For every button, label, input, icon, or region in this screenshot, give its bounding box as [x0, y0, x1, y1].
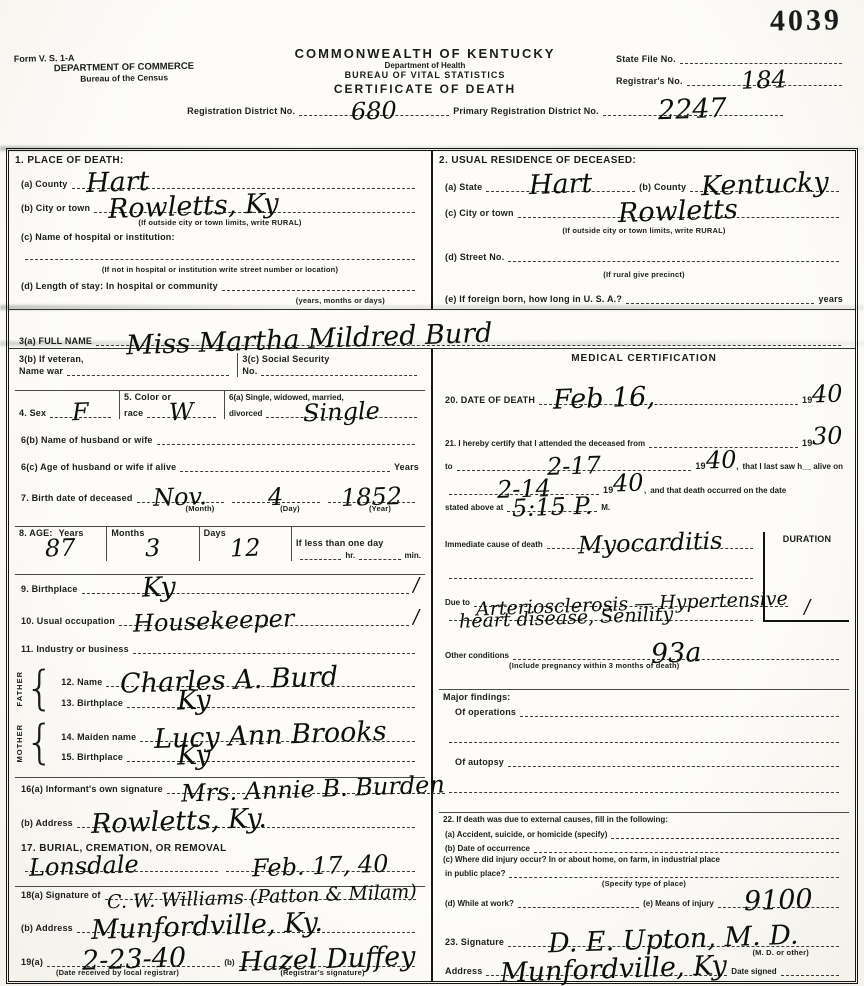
title-block: COMMONWEALTH OF KENTUCKY Department of H… — [234, 46, 616, 96]
to-value: 2-17 — [547, 455, 602, 478]
external-d-label: (d) While at work? — [445, 899, 514, 908]
primary-district-label: Primary Registration District No. — [453, 106, 599, 116]
birthplace-row: 9. Birthplace Ky ∕ — [15, 574, 425, 595]
registrar-date-value: 2-23-40 — [81, 947, 186, 975]
state-line: Hart — [486, 173, 635, 191]
top-sections: 1. PLACE OF DEATH: (a) County Hart (b) C… — [9, 151, 855, 309]
birth-month-value: Nov. — [153, 486, 208, 509]
burial-date-value: Feb. 17, 40 — [252, 854, 389, 880]
blank-line — [520, 705, 839, 717]
burial-place-line: Lonsdale — [25, 856, 218, 872]
immediate-cause-row: Immediate cause of death Myocarditis — [439, 532, 763, 550]
certify-line-3: 2-14 19 40, and that death occurred on t… — [439, 472, 849, 496]
blank-line — [67, 364, 229, 376]
due-to-label: Due to — [445, 598, 470, 607]
cause-label: Immediate cause of death — [445, 540, 543, 549]
form-header: Form V. S. 1-A DEPARTMENT OF COMMERCE Bu… — [0, 0, 864, 96]
dod-year-prefix: 19 — [802, 395, 812, 405]
blank-line — [680, 52, 842, 64]
burial-block: 17. BURIAL, CREMATION, OR REMOVAL Lonsda… — [15, 842, 425, 873]
director-value: C. W. Williams (Patton & Milam) — [106, 883, 416, 911]
age-months-cell: Months 3 — [106, 527, 198, 561]
m-suffix: M. — [601, 503, 610, 512]
birthplace-label: 9. Birthplace — [21, 584, 78, 594]
informant-address-value: Rowletts, Ky. — [91, 807, 267, 837]
external-c-label2: in public place? — [445, 869, 505, 878]
blank-line — [157, 433, 415, 445]
autopsy-row: Of autopsy — [439, 754, 849, 768]
stay-label: (d) Length of stay: In hospital or commu… — [21, 281, 218, 291]
age-row: 8. AGE:Years 87 Months 3 Days 12 If less… — [15, 526, 425, 561]
other-conditions-row: Other conditions 93a — [439, 641, 849, 661]
external-b-label: (b) Date of occurrence — [445, 844, 530, 853]
ssn-cell: 3(c) Social Security No. — [237, 353, 425, 377]
husband-age-label: 6(c) Age of husband or wife if alive — [21, 462, 176, 472]
full-name-line: Miss Martha Mildred Burd — [96, 328, 841, 346]
city-value: Rowletts, Ky — [108, 192, 279, 222]
husband-age-row: 6(c) Age of husband or wife if alive Yea… — [15, 459, 425, 473]
age-days-cell: Days 12 — [199, 527, 291, 561]
date-signed-label: Date signed — [731, 967, 776, 976]
informant-address-row: (b) Address Rowletts, Ky. — [15, 809, 425, 829]
duration-label: DURATION — [783, 534, 831, 544]
father-block: FATHER { 12. Name Charles A. Burd 13. Bi… — [15, 668, 425, 709]
hour-value: 5:15 P. — [512, 495, 593, 519]
birth-day-value: 4 — [268, 487, 284, 509]
birth-month-line: Nov. — [137, 487, 224, 503]
county-label: (a) County — [21, 179, 68, 189]
registrar-sig-prefix: (b) — [224, 958, 234, 967]
physician-address-line: Munfordville, Ky — [486, 958, 727, 976]
father-birthplace-value: Ky — [177, 689, 212, 714]
physician-address-value: Munfordville, Ky — [500, 954, 728, 986]
informant-row: 16(a) Informant's own signature Mrs. Ann… — [15, 777, 425, 796]
registrar-sig-line: Hazel Duffey — [239, 948, 415, 966]
blank-line — [180, 460, 390, 472]
other-value: 93a — [650, 641, 701, 667]
certificate-title: CERTIFICATE OF DEATH — [234, 82, 616, 96]
file-number-block: State File No. Registrar's No. 184 — [616, 46, 846, 96]
res-city-line: Rowletts — [518, 200, 839, 218]
industry-label: 11. Industry or business — [21, 644, 129, 654]
external-e-label: (e) Means of injury — [643, 899, 714, 908]
blank-line — [781, 964, 839, 976]
usual-residence-section: 2. USUAL RESIDENCE OF DECEASED: (a) Stat… — [433, 151, 855, 309]
blank-line — [449, 781, 839, 793]
blank-line — [359, 548, 400, 560]
director-line: C. W. Williams (Patton & Milam) — [105, 888, 417, 900]
sex-label: 4. Sex — [19, 408, 46, 418]
age-hr-label: hr. — [345, 551, 355, 560]
external-a-label: (a) Accident, suicide, or homicide (spec… — [445, 830, 607, 839]
occupation-line: Housekeeper — [119, 611, 409, 627]
physician-address-label: Address — [445, 966, 482, 976]
lastsaw-year-value: 40 — [613, 473, 644, 496]
registrar-no-line: 184 — [687, 70, 842, 86]
to-line: 2-17 — [457, 456, 692, 472]
residence-title: 2. USUAL RESIDENCE OF DECEASED: — [439, 155, 849, 166]
blank-line — [508, 250, 839, 262]
registration-district-row: Registration District No. 680 Primary Re… — [0, 96, 864, 116]
dod-label: 20. DATE OF DEATH — [445, 395, 535, 405]
reg-district-line: 680 — [299, 101, 449, 117]
informant-label: 16(a) Informant's own signature — [21, 784, 163, 794]
primary-district-value: 2247 — [658, 97, 728, 124]
father-birthplace-label: 13. Birthplace — [61, 698, 123, 708]
sex-value: F — [72, 402, 89, 424]
hospital-hint: (If not in hospital or institution write… — [15, 265, 425, 274]
reg-district-label: Registration District No. — [187, 106, 295, 116]
director-row: 18(a) Signature of C. W. Williams (Patto… — [15, 886, 425, 901]
hospital-line-row — [15, 247, 425, 261]
physician-sig-label: 23. Signature — [445, 937, 504, 947]
personal-column: 3(b) If veteran, Name war 3(c) Social Se… — [9, 349, 433, 981]
burial-date-line: Feb. 17, 40 — [226, 856, 415, 872]
husband-row: 6(b) Name of husband or wife — [15, 432, 425, 446]
director-address-row: (b) Address Munfordville, Ky. — [15, 914, 425, 934]
color-line: W — [147, 402, 216, 418]
father-name-line: Charles A. Burd — [106, 669, 415, 687]
registrar-block: 19(a) 2-23-40 (b) Hazel Duffey (Date rec… — [15, 947, 425, 976]
blank-line — [222, 279, 415, 291]
city-line: Rowletts, Ky — [94, 195, 415, 213]
registrar-no-value: 184 — [741, 69, 788, 92]
to-year-prefix: 19 — [695, 461, 705, 471]
lastsaw-year-prefix: 19 — [603, 485, 613, 495]
external-causes-block: 22. If death was due to external causes,… — [439, 812, 849, 908]
registrar-values-row: 19(a) 2-23-40 (b) Hazel Duffey — [15, 947, 425, 967]
other-label: Other conditions — [445, 651, 509, 660]
occupation-row: 10. Usual occupation Housekeeper ∕ — [15, 608, 425, 627]
autopsy-row-2 — [439, 780, 849, 794]
color-cell: 5. Color or raceW — [119, 391, 224, 419]
father-name-label: 12. Name — [61, 677, 102, 687]
father-brace: { — [25, 668, 54, 709]
other-line: 93a — [513, 642, 839, 660]
from-year-value: 30 — [812, 426, 843, 449]
director-address-label: (b) Address — [21, 923, 73, 933]
marital-label2: divorced — [229, 409, 262, 418]
dept-health-line: Department of Health — [234, 61, 616, 70]
foreign-suffix: years — [818, 294, 843, 304]
certify-line-1: 21. I hereby certify that I attended the… — [439, 425, 849, 449]
age-min-label: min. — [405, 551, 421, 560]
father-side-label: FATHER — [15, 671, 24, 706]
agency-block: Form V. S. 1-A DEPARTMENT OF COMMERCE Bu… — [14, 44, 235, 98]
file-stamp-number: 4039 — [770, 3, 843, 38]
birth-year-value: 1852 — [340, 486, 402, 510]
registrar-no-label: Registrar's No. — [616, 76, 683, 86]
hospital-label: (c) Name of hospital or institution: — [21, 232, 175, 242]
husband-label: 6(b) Name of husband or wife — [21, 435, 153, 445]
marital-cell: 6(a) Single, widowed, married, divorcedS… — [224, 391, 425, 419]
mother-side-label: MOTHER — [15, 724, 24, 763]
age-less-label: If less than one day — [296, 538, 421, 548]
birthdate-row: 7. Birth date of deceased Nov. 4 1852 — [15, 486, 425, 504]
veteran-label2: Name war — [19, 366, 63, 376]
city-label: (b) City or town — [21, 203, 90, 213]
external-title: 22. If death was due to external causes,… — [439, 813, 849, 826]
industry-row: 11. Industry or business — [15, 641, 425, 655]
certify-line-2: to 2-17 19 40, that I last saw h__ alive… — [439, 449, 849, 473]
certification-block: 21. I hereby certify that I attended the… — [439, 425, 849, 513]
director-address-line: Munfordville, Ky. — [77, 915, 415, 933]
informant-line: Mrs. Annie B. Burden — [167, 779, 445, 795]
foreign-label: (e) If foreign born, how long in U. S. A… — [445, 294, 622, 304]
age-days-value: 12 — [230, 538, 261, 561]
external-b-row: (b) Date of occurrence — [439, 840, 849, 854]
street-label: (d) Street No. — [445, 252, 504, 262]
mother-name-row: 14. Maiden name Lucy Ann Brooks — [55, 723, 425, 743]
physician-block: 23. Signature D. E. Upton, M. D. (M. D. … — [439, 927, 849, 977]
county-row: (a) County Hart — [15, 170, 425, 190]
res-county-label: (b) County — [639, 182, 686, 192]
res-county-line: Kentucky — [690, 173, 839, 191]
mother-birthplace-label: 15. Birthplace — [61, 752, 123, 762]
other-conditions-block: Other conditions 93a (Include pregnancy … — [439, 641, 849, 670]
main-sections: 3(b) If veteran, Name war 3(c) Social Se… — [9, 349, 855, 981]
cause-value: Myocarditis — [577, 531, 722, 558]
ditto-mark: ∕ — [412, 609, 419, 626]
mother-birthplace-value: Ky — [177, 743, 212, 768]
birth-year-line: 1852 — [328, 487, 415, 503]
ssn-label2: No. — [242, 366, 257, 376]
director-label: 18(a) Signature of — [21, 890, 101, 900]
physician-address-row: Address Munfordville, Ky Date signed — [439, 957, 849, 977]
age-less-cell: If less than one day hr. min. — [291, 527, 425, 561]
findings-label: Major findings: — [439, 690, 849, 704]
due-to-value-2: heart disease, Senility — [459, 606, 674, 631]
date-of-death-row: 20. DATE OF DEATH Feb 16, 19 40 — [439, 383, 849, 407]
medical-column: MEDICAL CERTIFICATION 20. DATE OF DEATH … — [433, 349, 855, 981]
operations-label: Of operations — [455, 707, 516, 717]
county-line: Hart — [72, 171, 416, 189]
from-year-prefix: 19 — [802, 438, 812, 448]
hospital-row: (c) Name of hospital or institution: — [15, 231, 425, 243]
street-row: (d) Street No. — [439, 249, 849, 263]
blank-line — [133, 642, 415, 654]
informant-value: Mrs. Annie B. Burden — [181, 774, 445, 805]
to-year-value: 40 — [705, 449, 736, 472]
mother-name-label: 14. Maiden name — [61, 732, 136, 742]
external-c-label: (c) Where did injury occur? In or about … — [439, 854, 849, 865]
birth-day-line: 4 — [232, 487, 319, 503]
means-line: 9100 — [718, 889, 839, 907]
operations-row: Of operations — [439, 704, 849, 718]
physician-sig-row: 23. Signature D. E. Upton, M. D. — [439, 927, 849, 947]
blank-line — [449, 567, 753, 579]
sex-cell: 4. SexF — [15, 391, 119, 419]
major-findings-block: Major findings: Of operations Of autopsy — [439, 689, 849, 794]
blank-line — [534, 841, 839, 853]
death-certificate-scan: 4039 Form V. S. 1-A DEPARTMENT OF COMMER… — [0, 0, 864, 986]
birthplace-value: Ky — [141, 575, 176, 600]
certify-1-label: 21. I hereby certify that I attended the… — [445, 439, 645, 448]
state-file-row: State File No. — [616, 52, 846, 64]
birthdate-block: 7. Birth date of deceased Nov. 4 1852 (M… — [15, 486, 425, 513]
director-address-value: Munfordville, Ky. — [91, 911, 324, 943]
cause-of-death-block: Immediate cause of death Myocarditis Due… — [439, 532, 849, 622]
full-name-label: 3(a) FULL NAME — [19, 336, 92, 346]
sex-color-marital-row: 4. SexF 5. Color or raceW 6(a) Single, w… — [15, 390, 425, 419]
duration-mark: ∕ — [804, 599, 811, 616]
blank-line — [518, 896, 639, 908]
blank-line — [508, 755, 839, 767]
physician-sig-line: D. E. Upton, M. D. — [508, 928, 839, 946]
day-caption: (Day) — [245, 504, 335, 513]
means-value: 9100 — [744, 888, 814, 915]
registrar-no-row: Registrar's No. 184 — [616, 70, 846, 86]
dod-year-value: 40 — [812, 383, 843, 406]
state-label: (a) State — [445, 182, 482, 192]
full-name-row: 3(a) FULL NAME Miss Martha Mildred Burd — [9, 309, 855, 349]
color-label2: race — [124, 408, 143, 418]
external-de-row: (d) While at work? (e) Means of injury 9… — [439, 888, 849, 908]
occupation-value: Housekeeper — [133, 608, 295, 635]
father-name-row: 12. Name Charles A. Burd — [55, 668, 425, 688]
street-hint: (If rural give precinct) — [439, 270, 849, 279]
blank-line — [25, 248, 415, 260]
occupation-label: 10. Usual occupation — [21, 616, 115, 626]
operations-row-2 — [439, 730, 849, 744]
color-value: W — [169, 402, 194, 424]
res-city-row: (c) City or town Rowletts — [439, 199, 849, 219]
autopsy-label: Of autopsy — [455, 757, 504, 767]
blank-line — [449, 731, 839, 743]
birthplace-line: Ky — [82, 576, 409, 594]
registrar-sig-value: Hazel Duffey — [238, 945, 415, 975]
stated-label: stated above at — [445, 503, 503, 512]
sex-line: F — [50, 402, 111, 418]
blank-line — [300, 548, 341, 560]
father-name-value: Charles A. Burd — [120, 665, 339, 697]
mother-brace: { — [25, 722, 54, 763]
mother-name-line: Lucy Ann Brooks — [140, 724, 415, 742]
age-years-value: 87 — [45, 538, 76, 561]
age-months-value: 3 — [145, 538, 161, 560]
external-a-row: (a) Accident, suicide, or homicide (spec… — [439, 826, 849, 840]
dod-value: Feb 16, — [553, 385, 656, 413]
place-of-death-section: 1. PLACE OF DEATH: (a) County Hart (b) C… — [9, 151, 433, 309]
res-city-label: (c) City or town — [445, 208, 514, 218]
city-row: (b) City or town Rowletts, Ky — [15, 194, 425, 214]
blank-line — [611, 827, 839, 839]
res-city-value: Rowletts — [618, 198, 739, 226]
blank-line — [509, 866, 839, 878]
hour-line: 5:15 P. — [507, 497, 597, 513]
registrar-num-label: 19(a) — [21, 957, 43, 967]
external-c-row: in public place? — [439, 865, 849, 879]
certify-3-label: and that death occurred on the date — [650, 486, 786, 495]
blank-line — [261, 364, 417, 376]
years-suffix: Years — [394, 462, 419, 472]
burial-place-value: Lonsdale — [29, 854, 139, 879]
certify-2-label: that I last saw h__ alive on — [743, 462, 843, 471]
burial-values-row: Lonsdale Feb. 17, 40 — [15, 855, 425, 873]
blank-cause-row — [439, 566, 763, 580]
other-hint: (Include pregnancy within 3 months of de… — [439, 661, 849, 670]
state-value: Hart — [529, 172, 593, 198]
foreign-born-row: (e) If foreign born, how long in U. S. A… — [439, 291, 849, 305]
bureau-vital-line: BUREAU OF VITAL STATISTICS — [234, 70, 616, 80]
state-file-label: State File No. — [616, 54, 676, 64]
birthdate-label: 7. Birth date of deceased — [21, 493, 133, 503]
state-county-row: (a) State Hart (b) County Kentucky — [439, 172, 849, 192]
reg-district-value: 680 — [351, 100, 398, 123]
marital-line: Single — [266, 402, 417, 418]
place-title: 1. PLACE OF DEATH: — [15, 155, 425, 166]
informant-address-line: Rowletts, Ky. — [77, 810, 415, 828]
marital-value: Single — [303, 401, 381, 425]
mother-block: MOTHER { 14. Maiden name Lucy Ann Brooks… — [15, 722, 425, 763]
informant-address-label: (b) Address — [21, 818, 73, 828]
to-label: to — [445, 462, 453, 471]
dod-line: Feb 16, — [539, 387, 798, 405]
medical-title: MEDICAL CERTIFICATION — [439, 353, 849, 364]
cause-line: Myocarditis — [547, 533, 753, 549]
certificate-body: 1. PLACE OF DEATH: (a) County Hart (b) C… — [6, 148, 858, 984]
registrar-date-line: 2-23-40 — [47, 948, 220, 966]
age-years-cell: 8. AGE:Years 87 — [15, 527, 106, 561]
commonwealth-title: COMMONWEALTH OF KENTUCKY — [234, 46, 616, 61]
blank-line — [626, 292, 814, 304]
primary-district-line: 2247 — [603, 98, 783, 116]
ditto-mark: ∕ — [412, 577, 419, 594]
stay-row: (d) Length of stay: In hospital or commu… — [15, 278, 425, 292]
stay-hint: (years, months or days) — [15, 296, 425, 305]
